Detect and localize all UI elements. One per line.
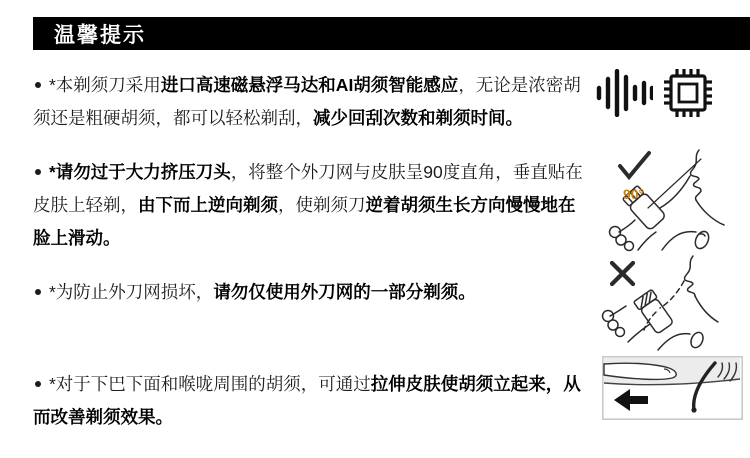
tip-foil-protection: *为防止外刀网损坏，请勿仅使用外刀网的一部分剃须。 <box>33 276 589 309</box>
tip4-icon-area <box>602 356 743 420</box>
tip1-icons <box>596 66 746 120</box>
text-segment: *本剃须刀采用 <box>49 75 161 95</box>
text-segment: 进口高速磁悬浮马达和AI胡须智能感应 <box>161 75 459 95</box>
sound-wave-icon <box>596 69 653 117</box>
text-segment: 请勿仅使用外刀网的一部分剃须。 <box>213 282 476 302</box>
tip-text: *请勿过于大力挤压刀头，将整个外刀网与皮肤呈90度直角，垂直贴在皮肤上轻剃，由下… <box>33 162 583 248</box>
tip2-icon-area: 90° <box>602 146 743 258</box>
text-segment: 减少回刮次数和剃须时间。 <box>313 108 523 128</box>
bullet-dot <box>35 381 41 387</box>
text-segment: *为防止外刀网损坏， <box>49 282 213 302</box>
correct-shaving-angle-illustration: 90° <box>602 146 743 258</box>
tip-motor-sensor: *本剃须刀采用进口高速磁悬浮马达和AI胡须智能感应，无论是浓密胡须还是粗硬胡须，… <box>33 69 589 135</box>
bullet-dot <box>35 82 41 88</box>
tip-text: *为防止外刀网损坏，请勿仅使用外刀网的一部分剃须。 <box>49 282 476 302</box>
angle-label: 90° <box>623 186 644 202</box>
stretch-skin-illustration <box>602 356 743 420</box>
chip-icon <box>662 67 714 119</box>
bullet-dot <box>35 169 41 175</box>
tip3-icon-area <box>598 254 739 358</box>
header-bar: 温馨提示 <box>33 17 750 50</box>
text-segment: *请勿过于大力挤压刀头 <box>49 162 231 182</box>
text-segment: 由下而上逆向剃须 <box>138 195 278 215</box>
page-title: 温馨提示 <box>33 19 146 49</box>
bullet-dot <box>35 289 41 295</box>
tip-stretch-skin: *对于下巴下面和喉咙周围的胡须，可通过拉伸皮肤使胡须立起来，从而改善剃须效果。 <box>33 368 589 434</box>
text-segment: *对于下巴下面和喉咙周围的胡须，可通过 <box>49 374 371 394</box>
tip-text: *本剃须刀采用进口高速磁悬浮马达和AI胡须智能感应，无论是浓密胡须还是粗硬胡须，… <box>33 75 581 128</box>
check-icon <box>620 153 649 177</box>
incorrect-partial-foil-illustration <box>598 254 739 358</box>
tip-text: *对于下巴下面和喉咙周围的胡须，可通过拉伸皮肤使胡须立起来，从而改善剃须效果。 <box>33 374 581 427</box>
cross-icon <box>612 263 633 284</box>
tip-shaving-angle: *请勿过于大力挤压刀头，将整个外刀网与皮肤呈90度直角，垂直贴在皮肤上轻剃，由下… <box>33 156 589 255</box>
text-segment: ，使剃须刀 <box>278 195 366 215</box>
